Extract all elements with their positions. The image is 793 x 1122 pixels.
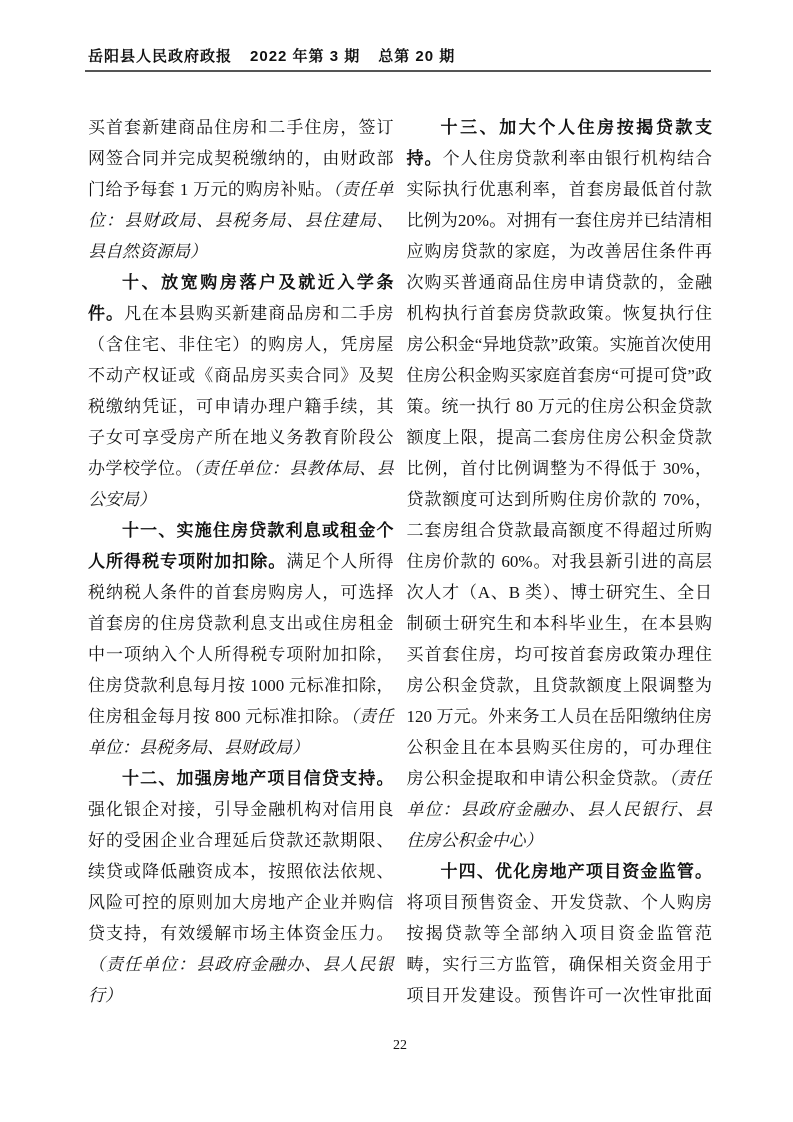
section-paragraph-13: 十三、加大个人住房按揭贷款支持。个人住房贷款利率由银行机构结合实际执行优惠利率，… [407, 112, 713, 856]
volume-label: 总第 20 期 [378, 48, 455, 65]
section-body: 凡在本县购买新建商品房和二手房（含住宅、非住宅）的购房人，凭房屋不动产权证或《商… [88, 304, 394, 478]
publication-title: 岳阳县人民政府政报 [88, 48, 232, 65]
gazette-page: 岳阳县人民政府政报2022 年第 3 期总第 20 期 买首套新建商品住房和二手… [0, 0, 793, 1122]
section-annotation: （责任单位：县政府金融办、县人民银行） [88, 955, 394, 1005]
section-body: 个人住房贷款利率由银行机构结合实际执行优惠利率，首套房最低首付款比例为20%。对… [407, 149, 713, 788]
section-paragraph-11: 十一、实施住房贷款利息或租金个人所得税专项附加扣除。满足个人所得税纳税人条件的首… [88, 515, 394, 763]
section-body: 强化银企对接，引导金融机构对信用良好的受困企业合理延后贷款还款期限、续贷或降低融… [88, 800, 394, 943]
section-paragraph-12: 十二、加强房地产项目信贷支持。强化银企对接，引导金融机构对信用良好的受困企业合理… [88, 763, 394, 1011]
section-paragraph-10: 十、放宽购房落户及就近入学条件。凡在本县购买新建商品房和二手房（含住宅、非住宅）… [88, 267, 394, 515]
section-paragraph-continuation: 买首套新建商品住房和二手住房，签订网签合同并完成契税缴纳的，由财政部门给予每套 … [88, 112, 394, 267]
header-divider [85, 70, 711, 72]
section-heading: 十二、加强房地产项目信贷支持。 [122, 769, 394, 788]
page-number: 22 [393, 1038, 407, 1053]
issue-label: 2022 年第 3 期 [250, 48, 360, 65]
section-body: 满足个人所得税纳税人条件的首套房购房人，可选择首套房的住房贷款利息支出或住房租金… [88, 552, 394, 726]
page-footer: 22 [88, 1038, 712, 1054]
page-header: 岳阳县人民政府政报2022 年第 3 期总第 20 期 [88, 48, 712, 70]
section-heading: 十四、优化房地产项目资金监管。 [441, 862, 713, 881]
document-body: 买首套新建商品住房和二手住房，签订网签合同并完成契税缴纳的，由财政部门给予每套 … [88, 112, 712, 1014]
